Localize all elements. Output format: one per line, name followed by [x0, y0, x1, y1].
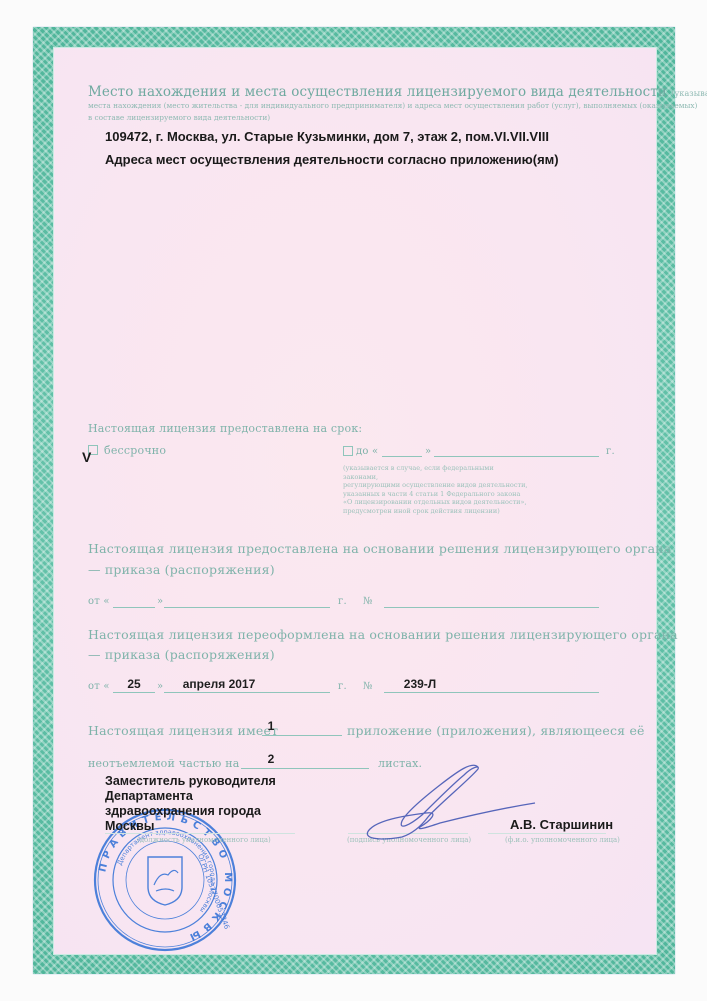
granted-number-field[interactable]: [384, 607, 599, 608]
header-note-line2: места нахождения (место жительства - для…: [88, 101, 697, 110]
reissued-from-label: от «: [88, 681, 110, 692]
granted-text-line1: Настоящая лицензия предоставлена на осно…: [88, 541, 671, 556]
until-note-line: «О лицензировании отдельных видов деятел…: [343, 498, 528, 507]
signatory-position-line: Департамента: [105, 789, 276, 804]
signatory-position: Заместитель руководителя Департамента зд…: [105, 774, 276, 834]
term-label: Настоящая лицензия предоставлена на срок…: [88, 422, 362, 435]
until-note-line: предусмотрен иной срок действия лицензии…: [343, 507, 528, 516]
reissued-date-field[interactable]: [164, 692, 330, 693]
unlimited-label: бессрочно: [104, 444, 166, 457]
appendix-line1-suffix: приложение (приложения), являющееся её: [347, 723, 645, 738]
until-year-suffix: г.: [606, 446, 615, 457]
signatory-position-line: здравоохранения города: [105, 804, 276, 819]
header-title-note: (указываются адрес: [671, 89, 707, 98]
signature: [340, 755, 540, 845]
header-title: Место нахождения и места осуществления л…: [88, 84, 707, 100]
until-quote-close: »: [425, 446, 431, 457]
reissued-text-line2: — приказа (распоряжения): [88, 647, 275, 662]
until-note-line: (указывается в случае, если федеральными…: [343, 464, 528, 481]
appendix-line1-prefix: Настоящая лицензия имеет: [88, 723, 278, 738]
position-line: [105, 833, 295, 834]
header-title-text: Место нахождения и места осуществления л…: [88, 84, 667, 100]
reissued-date: апреля 2017: [164, 677, 274, 691]
granted-year-label: г.: [338, 596, 347, 607]
reissued-year-label: г.: [338, 681, 347, 692]
until-date-field[interactable]: [434, 456, 599, 457]
until-day-field[interactable]: [382, 456, 422, 457]
appendix-line2-prefix: неотъемлемой частью на: [88, 757, 240, 770]
appendix-sheets: 2: [241, 752, 301, 766]
until-prefix: до «: [356, 446, 378, 457]
caption-position: (должность уполномоченного лица): [137, 836, 271, 844]
granted-quote-close: »: [157, 596, 163, 607]
reissued-number-label: №: [363, 681, 373, 692]
signatory-position-line: Москвы: [105, 819, 276, 834]
granted-date-field[interactable]: [164, 607, 330, 608]
reissued-number: 239-Л: [384, 677, 456, 691]
granted-from-label: от «: [88, 596, 110, 607]
reissued-day-field[interactable]: [113, 692, 155, 693]
granted-number-label: №: [363, 596, 373, 607]
check-mark: V: [82, 449, 91, 465]
appendix-count-field[interactable]: [262, 735, 342, 736]
reissued-text-line1: Настоящая лицензия переоформлена на осно…: [88, 627, 678, 642]
granted-day-field[interactable]: [113, 607, 155, 608]
address-note: Адреса мест осуществления деятельности с…: [105, 152, 559, 167]
reissued-number-field[interactable]: [384, 692, 599, 693]
reissued-quote-close: »: [157, 681, 163, 692]
signatory-position-line: Заместитель руководителя: [105, 774, 276, 789]
until-note-line: указанных в части 4 статьи 1 Федеральног…: [343, 490, 528, 499]
until-note: (указывается в случае, если федеральными…: [343, 464, 528, 515]
address: 109472, г. Москва, ул. Старые Кузьминки,…: [105, 129, 549, 144]
header-note-line3: в составе лицензируемого вида деятельнос…: [88, 113, 270, 122]
appendix-count: 1: [262, 719, 280, 733]
reissued-day: 25: [113, 677, 155, 691]
until-note-line: регулирующими осуществление видов деятел…: [343, 481, 528, 490]
granted-text-line2: — приказа (распоряжения): [88, 562, 275, 577]
until-checkbox[interactable]: [343, 446, 353, 456]
